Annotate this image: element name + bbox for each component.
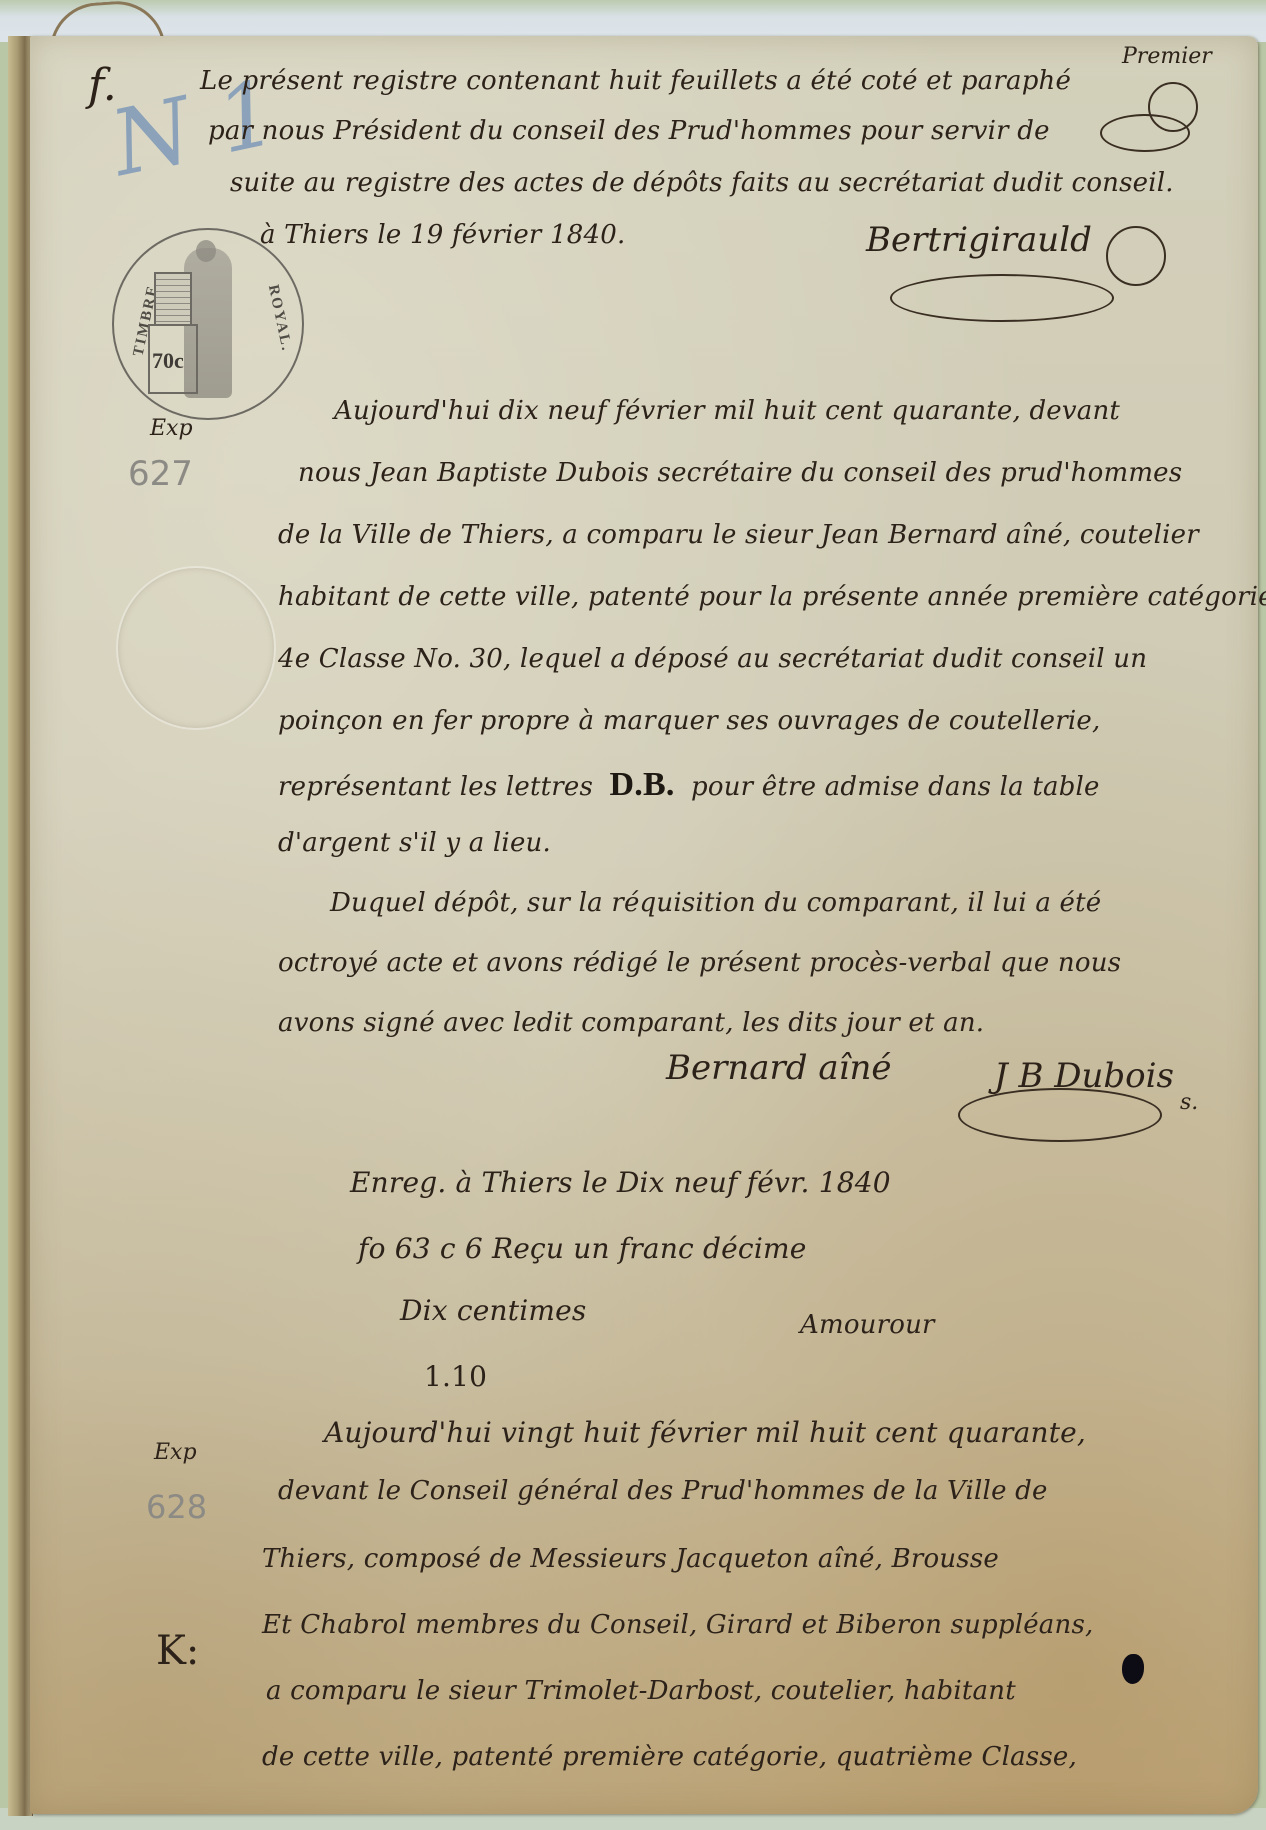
- act1-closing-3: avons signé avec ledit comparant, les di…: [278, 1008, 984, 1038]
- act2-margin-mark: K:: [156, 1628, 199, 1674]
- registration-line-1: Enreg. à Thiers le Dix neuf févr. 1840: [350, 1166, 891, 1199]
- act2-line-6: de cette ville, patenté première catégor…: [262, 1742, 1077, 1772]
- registration-amount: 1.10: [424, 1360, 487, 1393]
- law-tablet-icon: [154, 272, 192, 326]
- act1-pencil-number: 627: [128, 454, 193, 494]
- act1-closing-1: Duquel dépôt, sur la réquisition du comp…: [330, 888, 1101, 918]
- act1-line-2: nous Jean Baptiste Dubois secrétaire du …: [298, 458, 1182, 488]
- blind-embossed-stamp: [116, 566, 276, 730]
- act2-line-4: Et Chabrol membres du Conseil, Girard et…: [262, 1610, 1093, 1640]
- registration-line-3: Dix centimes: [400, 1294, 586, 1327]
- signature-bernard: Bernard aîné: [666, 1048, 892, 1088]
- ink-blot: [1122, 1654, 1144, 1684]
- act1-line-4: habitant de cette ville, patenté pour la…: [278, 582, 1266, 612]
- act1-line-8: d'argent s'il y a lieu.: [278, 828, 551, 858]
- registrar-signature: Amourour: [800, 1310, 935, 1340]
- act1-line-3: de la Ville de Thiers, a comparu le sieu…: [278, 520, 1199, 550]
- signature-flourish-icon: [890, 274, 1114, 322]
- act1-line-1: Aujourd'hui dix neuf février mil huit ce…: [334, 396, 1120, 426]
- act2-margin-label: Exp: [154, 1440, 197, 1465]
- header-line-3: suite au registre des actes de dépôts fa…: [230, 168, 1174, 198]
- act1-line-5: 4e Classe No. 30, lequel a déposé au sec…: [278, 644, 1147, 674]
- act2-line-5: a comparu le sieur Trimolet-Darbost, cou…: [266, 1676, 1016, 1706]
- act2-pencil-number: 628: [146, 1488, 207, 1526]
- president-signature: Bertrigirauld: [866, 220, 1092, 260]
- corner-note: Premier: [1122, 44, 1212, 69]
- act1-margin-label: Exp: [150, 416, 193, 441]
- dubois-suffix: s.: [1180, 1090, 1198, 1115]
- punch-mark-letters: D.B.: [602, 766, 683, 803]
- paraph-loop-icon: [1100, 114, 1190, 152]
- register-page: f. N 1 Premier Le présent registre conte…: [30, 36, 1258, 1814]
- registration-line-2: fo 63 c 6 Reçu un franc décime: [358, 1232, 807, 1265]
- act1-closing-2: octroyé acte et avons rédigé le présent …: [278, 948, 1121, 978]
- act2-line-1: Aujourd'hui vingt huit février mil huit …: [324, 1416, 1086, 1449]
- header-line-1: Le présent registre contenant huit feuil…: [200, 66, 1071, 96]
- header-line-2: par nous Président du conseil des Prud'h…: [208, 116, 1050, 146]
- act1-line-7-end: pour être admise dans la table: [691, 772, 1100, 802]
- stamp-text-right: ROYAL.: [264, 283, 295, 354]
- act1-line-7-start: représentant les lettres: [278, 772, 593, 802]
- stamp-value: 70c: [152, 348, 184, 374]
- timbre-royal-stamp: TIMBRE ROYAL. 70c: [112, 228, 304, 420]
- act2-line-3: Thiers, composé de Messieurs Jacqueton a…: [262, 1544, 999, 1574]
- act1-line-7: représentant les lettres D.B. pour être …: [278, 766, 1100, 804]
- dubois-flourish-icon: [958, 1088, 1162, 1142]
- header-line-4: à Thiers le 19 février 1840.: [260, 220, 625, 250]
- act1-line-6: poinçon en fer propre à marquer ses ouvr…: [278, 706, 1100, 736]
- signature-paraph-icon: [1106, 226, 1166, 286]
- act2-line-2: devant le Conseil général des Prud'homme…: [278, 1476, 1048, 1506]
